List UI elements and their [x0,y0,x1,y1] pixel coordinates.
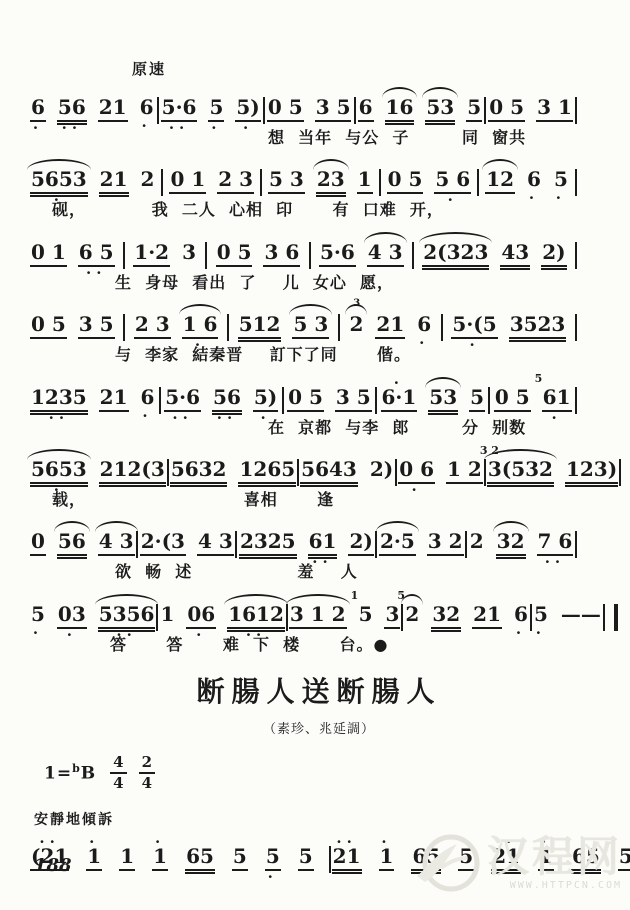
note-text: 5356 [98,604,156,629]
octave-dots-below: ·· [98,628,156,643]
note-text: 21 [99,387,129,412]
key-tonic: B [81,763,96,783]
note-text: 53 [425,97,455,122]
note-token: 5356·· [98,604,156,629]
note-token: 5 6· [434,169,471,194]
notation-line: 0564 32·(34 3232561··2)2·53 22327 6·· [30,516,578,558]
note-text: 53 [428,387,458,412]
note-token: 53 [425,97,455,122]
barline [575,169,577,196]
note-text: 3 5 [315,97,352,122]
note-token: 3 2 [427,531,464,556]
music-system: 6·56··216·5·6··5·5)·0 53 56165350 53 1想 … [30,82,578,147]
note-text: 3 1 [536,97,573,122]
note-token: 5 [469,387,485,412]
key-signature: 1=bB 4424 [44,755,578,791]
octave-dots-above: ·· [30,835,69,850]
note-token: 03· [57,604,87,629]
measure: 5·6··56··5)· [164,387,278,412]
barline [161,169,163,196]
note-token: 1235·· [30,387,88,412]
measure: 0 53 6 [216,242,301,267]
lyrics-line: 砚， 我 二人 心相 印 有 口难 开， [30,201,578,219]
note-text: 21 [332,846,362,871]
note-token: 32 [496,531,526,556]
note-text: 32 [496,531,526,556]
measure: 5232216· [404,604,529,629]
barline [123,314,125,341]
watermark: 汉程网 WWW.HTTPCN.COM [411,828,622,898]
measure: 5653·212 [30,169,155,194]
note-token: 0 1 [30,242,67,267]
time-signature: 44 [110,755,126,791]
measure: 0 53 5 [30,314,115,339]
notation-line: 5·03·5356··106·1612··3 1 21535232216·5·—… [30,589,578,631]
octave-dots-below: · [416,336,432,351]
note-token: 1 [357,169,373,194]
note-text: 3523 [509,314,567,339]
octave-dots-above: · [379,835,395,850]
note-token: 3 [181,242,197,265]
note-text: 2(323 [422,242,489,267]
barline [401,604,403,631]
note-text: 0 [30,531,46,556]
note-text: 0 5 [216,242,253,267]
note-token: 3 1 [536,97,573,122]
note-text: 2 3 [217,169,254,194]
note-text: 2·5 [379,531,416,556]
note-token: 5)· [253,387,278,412]
note-token: 21 [98,97,128,122]
note-text: 4 3 [98,531,135,556]
note-token: 1265 [238,459,296,484]
note-token: 52 [404,604,420,627]
measure: 0 55 6· [387,169,472,194]
measure: 106·1612·· [159,604,284,629]
measure: 1·23 [133,242,197,267]
page-number: 188 [34,855,72,876]
octave-dots-below: · [533,626,549,641]
octave-dots-below: · [451,338,497,353]
note-token: 5632 [170,459,228,484]
measure: 5653·212(3 [30,459,166,484]
measure: 126·5· [485,169,569,194]
ts-numerator: 2 [139,755,155,774]
octave-dots-below: · [398,483,435,498]
note-text: 0 1 [169,169,206,194]
note-token: 2 3 [217,169,254,194]
barline [354,97,356,124]
measure: 0 5561· [494,387,572,412]
note-token: 123) [565,459,618,484]
barline [136,531,138,558]
measure: 0 53 5 [267,97,352,122]
note-token: 21 [375,314,405,339]
note-text: 21 [375,314,405,339]
note-token: 0 5 [387,169,424,194]
ts-numerator: 4 [110,755,126,774]
note-token: 0 1 [169,169,206,194]
barline [477,169,479,196]
note-token: 212(3 [99,459,166,484]
note-token: 2(323 [422,242,489,267]
note-token: 5)· [235,97,260,122]
note-text: 1265 [238,459,296,484]
ts-denominator: 4 [142,774,152,791]
note-text: 06 [186,604,216,629]
note-token: 06· [186,604,216,629]
measure: 0564 3 [30,531,135,556]
barline [282,387,284,414]
barline [412,242,414,269]
octave-dots-below: ·· [57,121,87,136]
note-text: 0 5 [287,387,324,412]
note-token: 21 [472,604,502,629]
note-text: 5 [358,604,374,627]
note-token: 0 [30,531,46,556]
note-text: 12 [485,169,515,194]
measure: 0 12 3 [169,169,254,194]
note-token: 6· [140,387,156,410]
barline [123,242,125,269]
note-token: 2·(3 [140,531,186,556]
note-token: 1 6· [182,314,219,339]
notation-line: 5653·2120 12 35 32310 55 6·126·5· [30,154,578,196]
note-text: 5·6 [319,242,356,267]
notation-line: 1235··216·5·6··56··5)·0 53 5·6·15350 556… [30,372,578,414]
note-text: 1·2 [133,242,170,267]
barline [205,242,207,269]
octave-dots-below: ·· [78,266,115,281]
barline [488,387,490,414]
note-token: 53 [428,387,458,412]
note-token: 21 [99,387,129,412]
notation-line: 0 53 52 31 6·5125 332216·5·(5·3523 [30,299,578,341]
note-text: 5 3 [292,314,329,339]
note-token: 56 [57,531,87,556]
measure: 0 53 5 [287,387,372,412]
note-token: 3 5 [335,387,372,412]
note-text: 23 [316,169,346,194]
note-text: 03 [57,604,87,629]
octave-dots-below: · [553,191,569,206]
measure: 2·(34 3 [140,531,234,556]
triplet-number: 3 [353,299,360,309]
lyrics-line: 在 京都 与李 郎 分 别数 [30,419,578,437]
measure: 2 31 6· [134,314,219,339]
note-token: 5 [232,846,248,871]
note-token: 15 [358,604,374,627]
grace-note: 1 [351,590,359,601]
note-token: 32 [431,604,461,629]
note-token: 32 [348,314,364,337]
note-text: 2325 [239,531,297,556]
note-text: 0 5 [494,387,531,412]
octave-dots-below: ·· [161,121,198,136]
octave-dots-below: ·· [227,628,285,643]
octave-dots-below: ·· [212,411,242,426]
note-text: 123) [565,459,618,484]
measure: 6·56··216· [30,97,155,122]
note-token: 23 [316,169,346,194]
note-token: 6· [30,97,46,122]
note-text: 3(532 [487,459,554,484]
note-text: 56 [212,387,242,412]
watermark-site-name: 汉程网 [487,836,622,878]
barline [167,459,169,486]
barline [465,531,467,558]
note-text: 2 [140,169,156,192]
note-text: 3 6 [263,242,300,267]
octave-dots-above: · [152,835,168,850]
octave-dots-below: · [140,409,156,424]
measure: 56432) [300,459,394,484]
notation-line: 6·56··216·5·6··5·5)·0 53 56165350 53 1 [30,82,578,124]
barline [375,387,377,414]
note-token: 3523 [509,314,567,339]
note-token: 2 [140,169,156,192]
note-token: 561· [542,387,572,412]
note-token: 2) [541,242,566,267]
measure: 1235··216· [30,387,155,412]
measure: 5 3231 [268,169,373,194]
note-token: 5653· [30,459,88,484]
music-system: 5653·212(35632126556432)0 6·1 23 23(5321… [30,444,578,509]
time-signature: 24 [139,755,155,791]
note-text: 1 2 [446,459,483,484]
note-text: 32 [431,604,461,629]
notation-line: 5653·212(35632126556432)0 6·1 23 23(5321… [30,444,578,486]
measure: 32216· [348,314,432,339]
note-token: 5· [533,604,549,627]
grace-note: 5 [535,373,543,384]
measure: 0 6·1 2 [398,459,483,484]
note-text: 2 [404,604,420,627]
note-text: 3 [181,242,197,265]
note-token: 2·5 [379,531,416,556]
note-token: 6 5·· [78,242,115,267]
note-token: 0 5 [30,314,67,339]
note-token: 5·(5· [451,314,497,339]
note-token: 0 5 [267,97,304,122]
score-page: 原速 6·56··216·5·6··5·5)·0 53 56165350 53 … [0,0,630,910]
note-token: 5643 [300,459,358,484]
barline [159,387,161,414]
measure: 3 1 2153 [289,604,401,629]
octave-dots-below: · [208,121,224,136]
note-text: 212(3 [99,459,166,484]
note-token: 3 23(532 [487,459,554,484]
note-token: 0 5 [287,387,324,412]
octave-dots-below: ·· [164,411,201,426]
music-system: 1235··216·5·6··56··5)·0 53 5·6·15350 556… [30,372,578,437]
note-text: 3 5 [335,387,372,412]
note-token: 7 6·· [537,531,574,556]
lyrics-line: 想 当年 与公 子 同 窗共 [30,129,578,147]
grace-note: 5 [397,590,405,601]
lyrics-line: 载， 喜相 逢 [30,491,578,509]
note-text: 5 3 [268,169,305,194]
measure: 5125 3 [238,314,330,339]
note-token: 1 [119,846,135,871]
note-text: 2 3 [134,314,171,339]
note-text: 21 [99,169,129,194]
music-system: 5·03·5356··106·1612··3 1 21535232216·5·—… [30,589,578,654]
barline [484,459,486,486]
note-token: 4 3 [367,242,404,267]
music-system: 0564 32·(34 3232561··2)2·53 22327 6··欲 畅… [30,516,578,581]
octave-dots-below: · [139,119,155,134]
note-token: 3 1 2 [289,604,347,629]
octave-dots-below: · [526,191,542,206]
octave-dots-below: · [434,193,471,208]
note-token: 6· [139,97,155,120]
expression-mark: 安靜地傾訴 [34,809,578,829]
song-title: 断腸人送断腸人 [60,670,578,710]
key-text: 1=bB [44,763,96,784]
note-token: ··21 [332,846,362,871]
note-text: 0 5 [488,97,525,122]
measure: ··(21·11·16555·5 [30,846,314,871]
note-token: 21 [99,169,129,194]
note-token: 5·6·· [161,97,198,122]
note-token: ·6·1 [381,387,418,412]
octave-dots-below: ·· [537,555,574,570]
music-system: 5653·2120 12 35 32310 55 6·126·5·砚， 我 二人… [30,154,578,219]
note-token: 3 6 [263,242,300,267]
note-text: 2 [469,531,485,554]
note-text: —— [560,604,602,627]
octave-dots-below: · [513,626,529,641]
note-token: 5 [298,846,314,871]
note-text: 3 [384,604,400,629]
note-text: 5 [232,846,248,871]
ts-denominator: 4 [113,774,123,791]
barline [530,604,532,631]
note-token: 3 5 [78,314,115,339]
measure: 616535 [358,97,483,122]
octave-dots-below: · [265,870,281,885]
octave-dots-below: · [542,411,572,426]
note-token: 56·· [57,97,87,122]
note-token: 65 [185,846,215,871]
octave-dots-below: ·· [30,411,88,426]
note-token: 1612·· [227,604,285,629]
note-token: ·1 [86,846,102,871]
measure: 56321265 [170,459,296,484]
barline [338,314,340,341]
note-text: 61 [542,387,572,412]
note-text: 512 [238,314,282,339]
note-token: ·1 [379,846,395,871]
octave-dots-below: · [186,628,216,643]
note-token: 2325 [239,531,297,556]
measure: 232561··2) [239,531,374,556]
key-prefix: 1= [44,763,72,783]
note-text: 1612 [227,604,285,629]
measure: 5·(5·3523 [451,314,566,339]
barline [575,314,577,341]
measure: 5·6··5·5)· [161,97,261,122]
note-text: 3 5 [78,314,115,339]
note-text: 5 [298,846,314,871]
note-text: 1235 [30,387,88,412]
note-token: 2 [469,531,485,554]
note-token: 6 [358,97,374,122]
note-token: 0 5 [488,97,525,122]
octave-dots-above: · [381,376,418,391]
note-text: 2) [541,242,566,267]
music-system: 0 53 52 31 6·5125 332216·5·(5·3523与 李家 結… [30,299,578,364]
note-token: 5 [466,97,482,122]
song1-systems: 6·56··216·5·6··5·5)·0 53 56165350 53 1想 … [30,82,578,654]
note-text: 21 [98,97,128,122]
measure: 5·03·5356·· [30,604,155,629]
note-token: 5· [30,604,46,627]
note-token: 5· [208,97,224,122]
note-text: 5) [253,387,278,412]
music-system: 0 16 5··1·230 53 65·64 32(323432)生 身母 看出… [30,227,578,292]
note-text: 5 [466,97,482,122]
note-token: 3 [384,604,400,629]
octave-dots-below: · [30,121,46,136]
barline [235,531,237,558]
note-text: 2·(3 [140,531,186,556]
barline [619,459,621,486]
note-token: ·1 [152,846,168,871]
measure: 5·—— [533,604,602,627]
lyrics-line: 欲 畅 述 羞 人 [30,563,578,581]
note-text: 1 [119,846,135,871]
barline [441,314,443,341]
barline [156,604,158,631]
note-token: 56·· [212,387,242,412]
octave-dots-below: · [253,411,278,426]
note-token: 4 3 [197,531,234,556]
barline [157,97,159,124]
note-token: 16 [385,97,415,122]
barline [395,459,397,486]
note-text: 56 [57,531,87,556]
note-token: 61·· [308,531,338,556]
barline [575,531,577,558]
note-token: 1 [159,604,175,627]
barline [286,604,288,631]
note-text: 21 [472,604,502,629]
note-text: 5·6 [164,387,201,412]
note-text: 1 [159,604,175,627]
barline [263,97,265,124]
barline [575,387,577,414]
tempo-mark: 原速 [132,58,166,79]
barline [227,314,229,341]
note-token: 6· [526,169,542,192]
flat-accidental: b [72,762,81,775]
note-token: 6· [513,604,529,627]
note-token: 5 3 [268,169,305,194]
note-text: 2) [348,531,373,556]
measure: 0 53 1 [488,97,573,122]
octave-dots-below: · [235,121,260,136]
note-text: 3 2 [427,531,464,556]
note-text: 65 [185,846,215,871]
barline [484,97,486,124]
note-token: 5· [265,846,281,871]
watermark-text-block: 汉程网 WWW.HTTPCN.COM [487,836,622,891]
measure: ·6·1535 [381,387,486,412]
measure: 2327 6·· [469,531,574,556]
note-text: 3 1 2 [289,604,347,629]
